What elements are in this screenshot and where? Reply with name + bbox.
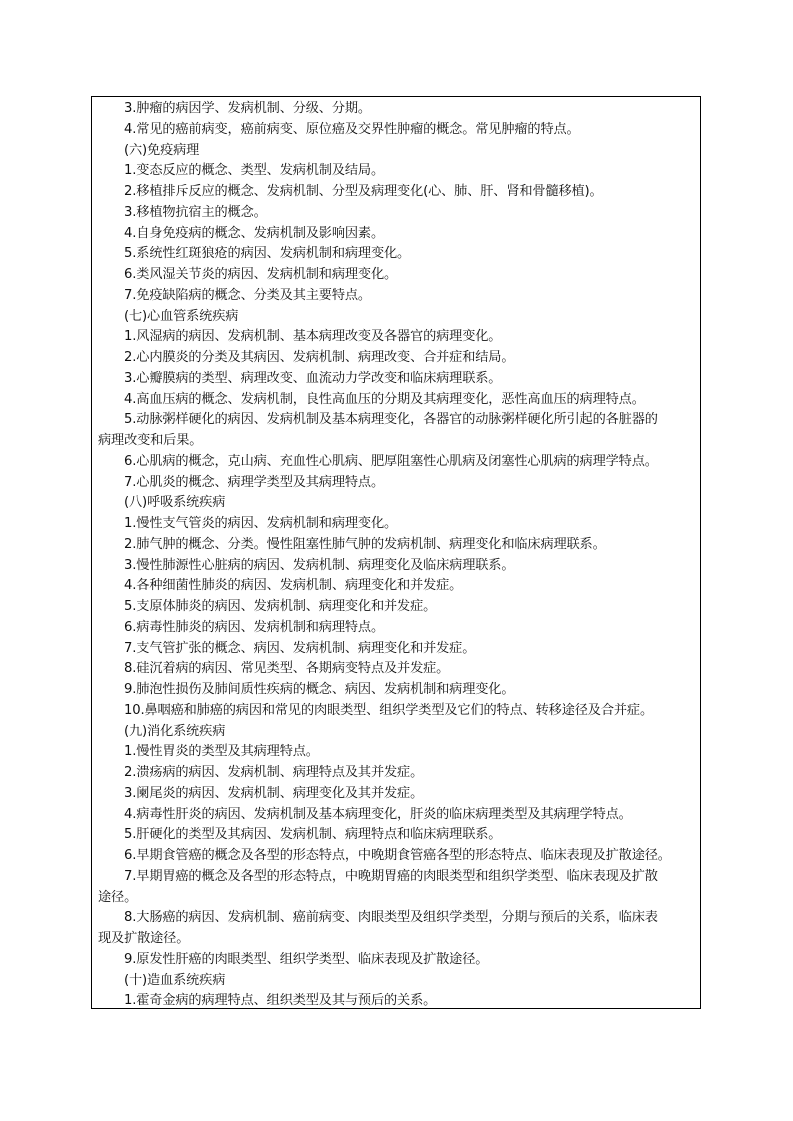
section-heading: (十)造血系统疾病 [98,971,694,992]
content-box: 3.肿瘤的病因学、发病机制、分级、分期。 4.常见的癌前病变，癌前病变、原位癌及… [91,96,701,1009]
list-item: 2.心内膜炎的分类及其病因、发病机制、病理改变、合并症和结局。 [98,348,694,369]
list-item: 5.系统性红斑狼疮的病因、发病机制和病理变化。 [98,244,694,265]
list-item: 3.移植物抗宿主的概念。 [98,203,694,224]
section-heading: (七)心血管系统疾病 [98,307,694,328]
list-item: 1.风湿病的病因、发病机制、基本病理改变及各器官的病理变化。 [98,327,694,348]
list-item: 6.早期食管癌的概念及各型的形态特点，中晚期食管癌各型的形态特点、临床表现及扩散… [98,846,694,867]
list-item: 10.鼻咽癌和肺癌的病因和常见的肉眼类型、组织学类型及它们的特点、转移途径及合并… [98,701,694,722]
list-item: 6.病毒性肺炎的病因、发病机制和病理特点。 [98,618,694,639]
list-item: 7.支气管扩张的概念、病因、发病机制、病理变化和并发症。 [98,639,694,660]
list-item: 3.阑尾炎的病因、发病机制、病理变化及其并发症。 [98,784,694,805]
list-item: 9.原发性肝癌的肉眼类型、组织学类型、临床表现及扩散途径。 [98,950,694,971]
list-item: 5.支原体肺炎的病因、发病机制、病理变化和并发症。 [98,597,694,618]
list-item: 2.移植排斥反应的概念、发病机制、分型及病理变化(心、肺、肝、肾和骨髓移植)。 [98,182,694,203]
section-heading: (九)消化系统疾病 [98,722,694,743]
list-item: 4.常见的癌前病变，癌前病变、原位癌及交界性肿瘤的概念。常见肿瘤的特点。 [98,120,694,141]
list-item: 2.溃疡病的病因、发病机制、病理特点及其并发症。 [98,763,694,784]
list-item: 1.慢性支气管炎的病因、发病机制和病理变化。 [98,514,694,535]
section-heading: (八)呼吸系统疾病 [98,493,694,514]
list-item: 5.肝硬化的类型及其病因、发病机制、病理特点和临床病理联系。 [98,825,694,846]
list-item-continuation: 现及扩散途径。 [98,929,694,950]
list-item-continuation: 病理改变和后果。 [98,431,694,452]
list-item: 4.自身免疫病的概念、发病机制及影响因素。 [98,224,694,245]
section-heading: (六)免疫病理 [98,141,694,162]
list-item: 8.大肠癌的病因、发病机制、癌前病变、肉眼类型及组织学类型，分期与预后的关系，临… [98,908,694,929]
list-item: 3.慢性肺源性心脏病的病因、发病机制、病理变化及临床病理联系。 [98,556,694,577]
list-item: 1.霍奇金病的病理特点、组织类型及其与预后的关系。 [98,991,694,1012]
list-item: 7.早期胃癌的概念及各型的形态特点，中晚期胃癌的肉眼类型和组织学类型、临床表现及… [98,867,694,888]
list-item: 9.肺泡性损伤及肺间质性疾病的概念、病因、发病机制和病理变化。 [98,680,694,701]
list-item: 5.动脉粥样硬化的病因、发病机制及基本病理变化，各器官的动脉粥样硬化所引起的各脏… [98,410,694,431]
list-item: 7.心肌炎的概念、病理学类型及其病理特点。 [98,473,694,494]
list-item: 4.高血压病的概念、发病机制，良性高血压的分期及其病理变化，恶性高血压的病理特点… [98,390,694,411]
list-item: 1.慢性胃炎的类型及其病理特点。 [98,742,694,763]
list-item-continuation: 途径。 [98,888,694,909]
list-item: 4.各种细菌性肺炎的病因、发病机制、病理变化和并发症。 [98,576,694,597]
list-item: 8.硅沉着病的病因、常见类型、各期病变特点及并发症。 [98,659,694,680]
list-item: 3.肿瘤的病因学、发病机制、分级、分期。 [98,99,694,120]
list-item: 1.变态反应的概念、类型、发病机制及结局。 [98,161,694,182]
list-item: 4.病毒性肝炎的病因、发病机制及基本病理变化，肝炎的临床病理类型及其病理学特点。 [98,805,694,826]
list-item: 2.肺气肿的概念、分类。慢性阻塞性肺气肿的发病机制、病理变化和临床病理联系。 [98,535,694,556]
list-item: 3.心瓣膜病的类型、病理改变、血流动力学改变和临床病理联系。 [98,369,694,390]
list-item: 7.免疫缺陷病的概念、分类及其主要特点。 [98,286,694,307]
list-item: 6.心肌病的概念，克山病、充血性心肌病、肥厚阻塞性心肌病及闭塞性心肌病的病理学特… [98,452,694,473]
list-item: 6.类风湿关节炎的病因、发病机制和病理变化。 [98,265,694,286]
